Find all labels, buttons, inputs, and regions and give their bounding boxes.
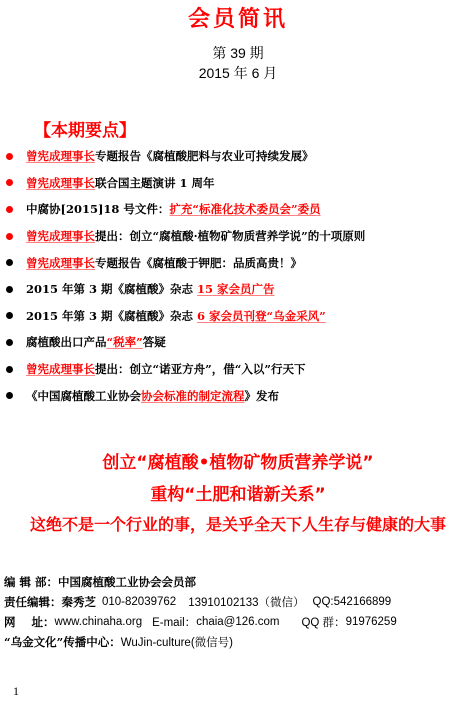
highlights-list: 曾宪成理事长专题报告《腐植酸肥料与农业可持续发展》 曾宪成理事长联合国主题演讲 … bbox=[0, 143, 476, 409]
list-item: 曾宪成理事长提出：创立“诺亚方舟”，借“入以”行天下 bbox=[0, 356, 476, 383]
item-text: 中腐协[2015]18 号文件： bbox=[26, 202, 169, 216]
website-label: 网 址： bbox=[4, 614, 55, 630]
item-text: 提出：创立“诺亚方舟”，借“入以”行天下 bbox=[95, 362, 305, 376]
item-text: 提出：创立“腐植酸·植物矿物质营养学说”的十项原则 bbox=[95, 229, 365, 243]
list-item: 曾宪成理事长专题报告《腐植酸肥料与农业可持续发展》 bbox=[0, 143, 476, 170]
item-text: 《中国腐植酸工业协会 bbox=[26, 389, 141, 403]
editorial-value: 中国腐植酸工业协会会员部 bbox=[58, 574, 196, 590]
highlight-link[interactable]: 协会标准的制定流程 bbox=[141, 389, 245, 403]
email-label: E-mail： bbox=[152, 614, 196, 630]
newsletter-title: 会员简讯 bbox=[0, 2, 476, 33]
item-text: 》发布 bbox=[245, 389, 280, 403]
highlight-link[interactable]: 曾宪成理事长 bbox=[26, 256, 95, 270]
contact-footer: 编 辑 部： 中国腐植酸工业协会会员部 责任编辑： 秦秀芝 010-820397… bbox=[4, 572, 474, 652]
bullet-icon bbox=[6, 286, 13, 293]
list-item: 2015 年第 3 期《腐植酸》杂志 6 家会员刊登“乌金采风” bbox=[0, 303, 476, 330]
bullet-icon bbox=[6, 179, 13, 186]
issue-date: 2015 年 6 月 bbox=[0, 63, 476, 83]
bullet-icon bbox=[6, 392, 13, 399]
item-text: 联合国主题演讲 1 周年 bbox=[95, 176, 215, 190]
website-row: 网 址： www.chinaha.org E-mail： chaia@126.c… bbox=[4, 612, 474, 632]
slogan-line-1: 创立“腐植酸•植物矿物质营养学说” bbox=[0, 448, 476, 473]
page-number: 1 bbox=[13, 684, 19, 699]
editorial-label: 编 辑 部： bbox=[4, 574, 58, 590]
bullet-icon bbox=[6, 366, 13, 373]
highlight-link[interactable]: “税率” bbox=[107, 335, 143, 349]
list-item: 曾宪成理事长专题报告《腐植酸于钾肥：品质高贵！》 bbox=[0, 249, 476, 276]
bullet-icon bbox=[6, 206, 13, 213]
editor-name: 秦秀芝 bbox=[62, 594, 97, 610]
list-item: 《中国腐植酸工业协会协会标准的制定流程》发布 bbox=[0, 382, 476, 409]
item-text: 答疑 bbox=[143, 335, 166, 349]
wechat-id: WuJin-culture(微信号) bbox=[121, 634, 233, 650]
editor-mobile: 13910102133（微信） bbox=[188, 594, 304, 610]
email-link[interactable]: chaia@126.com bbox=[196, 616, 279, 628]
wechat-row: “乌金文化”传播中心： WuJin-culture(微信号) bbox=[4, 632, 474, 652]
highlights-heading: 【本期要点】 bbox=[34, 116, 136, 141]
list-item: 曾宪成理事长联合国主题演讲 1 周年 bbox=[0, 170, 476, 197]
highlight-link[interactable]: 曾宪成理事长 bbox=[26, 229, 95, 243]
editor-label: 责任编辑： bbox=[4, 594, 62, 610]
highlight-link[interactable]: 曾宪成理事长 bbox=[26, 176, 95, 190]
list-item: 中腐协[2015]18 号文件：扩充“标准化技术委员会”委员 bbox=[0, 196, 476, 223]
highlight-link[interactable]: 15 家会员广告 bbox=[197, 282, 275, 296]
list-item: 曾宪成理事长提出：创立“腐植酸·植物矿物质营养学说”的十项原则 bbox=[0, 223, 476, 250]
bullet-icon bbox=[6, 339, 13, 346]
highlight-link[interactable]: 6 家会员刊登“乌金采风” bbox=[197, 309, 326, 323]
editor-phone: 010-82039762 bbox=[102, 596, 176, 608]
issue-number: 第 39 期 bbox=[0, 43, 476, 63]
list-item: 2015 年第 3 期《腐植酸》杂志 15 家会员广告 bbox=[0, 276, 476, 303]
editorial-row: 编 辑 部： 中国腐植酸工业协会会员部 bbox=[4, 572, 474, 592]
bullet-icon bbox=[6, 312, 13, 319]
wechat-label: “乌金文化”传播中心： bbox=[4, 634, 121, 650]
item-text: 2015 年第 3 期《腐植酸》杂志 bbox=[26, 309, 197, 323]
highlight-link[interactable]: 曾宪成理事长 bbox=[26, 149, 95, 163]
item-text: 2015 年第 3 期《腐植酸》杂志 bbox=[26, 282, 197, 296]
bullet-icon bbox=[6, 259, 13, 266]
highlight-link[interactable]: 曾宪成理事长 bbox=[26, 362, 95, 376]
website-link[interactable]: www.chinaha.org bbox=[55, 616, 143, 628]
editor-row: 责任编辑： 秦秀芝 010-82039762 13910102133（微信） Q… bbox=[4, 592, 474, 612]
item-text: 专题报告《腐植酸于钾肥：品质高贵！》 bbox=[95, 256, 302, 270]
highlight-link[interactable]: 扩充“标准化技术委员会”委员 bbox=[169, 202, 320, 216]
bullet-icon bbox=[6, 233, 13, 240]
issue-info: 第 39 期 2015 年 6 月 bbox=[0, 43, 476, 83]
list-item: 腐植酸出口产品“税率”答疑 bbox=[0, 329, 476, 356]
slogan-line-2: 重构“土肥和谐新关系” bbox=[0, 480, 476, 505]
bullet-icon bbox=[6, 153, 13, 160]
item-text: 腐植酸出口产品 bbox=[26, 335, 107, 349]
slogan-line-3: 这绝不是一个行业的事，是关乎全天下人生存与健康的大事 bbox=[0, 512, 476, 535]
qq-group-label: QQ 群： bbox=[301, 614, 345, 630]
item-text: 专题报告《腐植酸肥料与农业可持续发展》 bbox=[95, 149, 314, 163]
qq-group-value: 91976259 bbox=[346, 616, 397, 628]
editor-qq: QQ:542166899 bbox=[313, 596, 392, 608]
